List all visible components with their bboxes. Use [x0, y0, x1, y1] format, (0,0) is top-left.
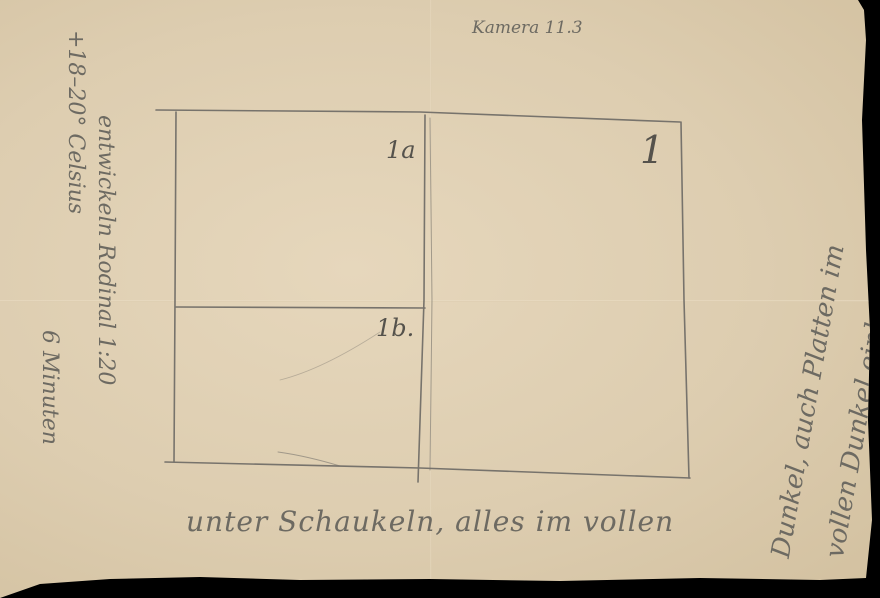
left-note-line3: 6 Minuten: [37, 330, 62, 445]
paper-sheet: Kamera 11.3 1a 1b. 1 entwickeln Rodinal …: [0, 0, 880, 598]
left-note-line2: +18–20° Celsius: [63, 30, 88, 214]
frame-label-1: 1: [640, 128, 664, 172]
left-note-line1: entwickeln Rodinal 1:20: [93, 115, 118, 385]
bottom-note: unter Schaukeln, alles im vollen: [186, 505, 674, 538]
frame-label-1b: 1b.: [376, 314, 414, 342]
frame-label-1a: 1a: [386, 136, 416, 164]
camera-label: Kamera 11.3: [472, 18, 583, 38]
